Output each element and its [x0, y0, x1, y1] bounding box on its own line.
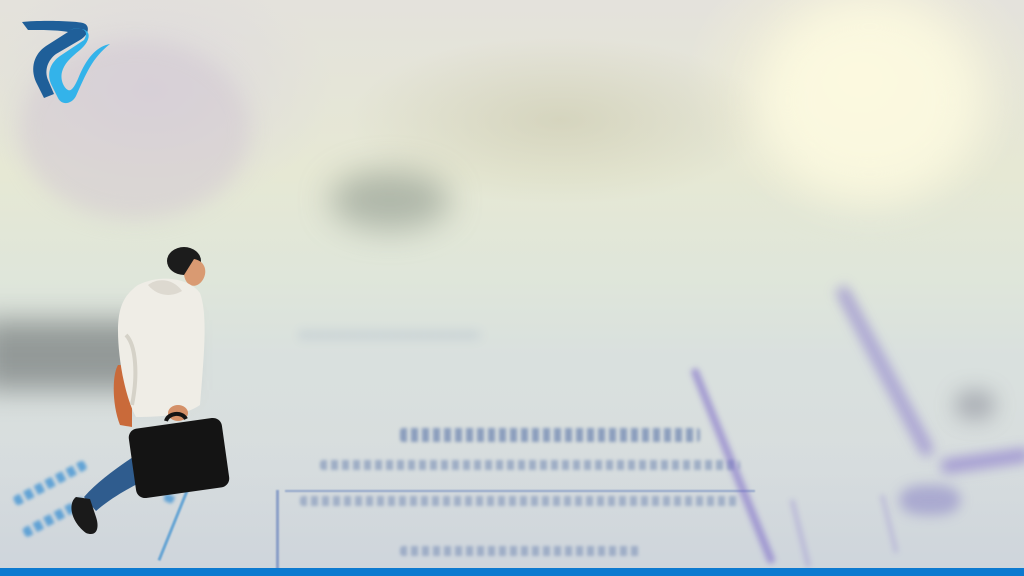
traveler-figurine — [66, 245, 236, 540]
bottom-accent-bar — [0, 568, 1024, 576]
stamp-frame-line — [276, 490, 279, 570]
background-blur-stamp-shadow — [330, 170, 450, 230]
stamp-text-row — [400, 546, 640, 556]
stamp-text-row — [300, 330, 480, 340]
stamp-frame-line — [285, 490, 755, 492]
background-blur-bright — [760, 0, 980, 200]
brand-logo-icon — [20, 18, 112, 108]
stamp-ink-blot — [955, 390, 995, 420]
stamp-text-row — [320, 460, 740, 470]
hero-banner-image — [0, 0, 1024, 576]
stamp-text-row — [300, 496, 740, 506]
figurine-briefcase — [128, 417, 231, 499]
stamp-text-row — [400, 428, 700, 442]
purple-stamp-text — [900, 485, 960, 515]
